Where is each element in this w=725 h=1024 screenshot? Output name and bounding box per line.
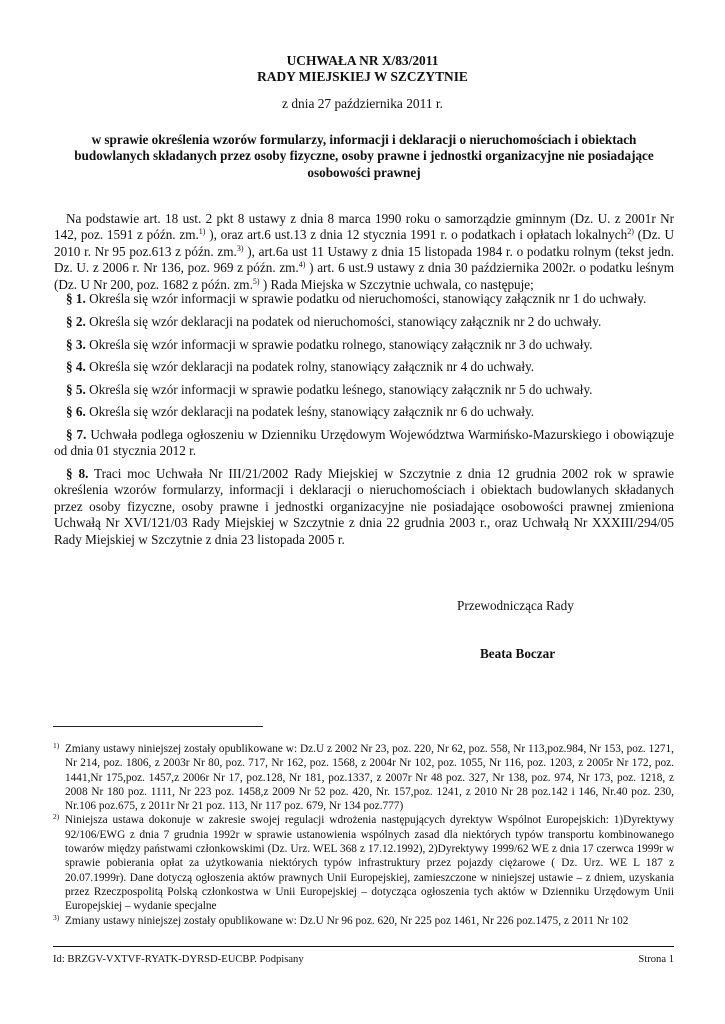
paragraph-text: Uchwała podlega ogłoszeniu w Dzienniku U… xyxy=(54,427,674,458)
paragraph-text: Traci moc Uchwała Nr III/21/2002 Rady Mi… xyxy=(54,466,674,547)
resolution-title: UCHWAŁA NR X/83/2011 RADY MIEJSKIEJ W SZ… xyxy=(0,53,725,85)
paragraph-6: § 6. Określa się wzór deklaracji na poda… xyxy=(54,404,674,420)
footnotes: 1)Zmiany ustawy niniejszej zostały opubl… xyxy=(53,742,674,928)
paragraph-number: § 6. xyxy=(66,404,86,419)
paragraph-5: § 5. Określa się wzór informacji w spraw… xyxy=(54,382,674,398)
paragraph-number: § 4. xyxy=(66,359,86,374)
footnote-text: Niniejsza ustawa dokonuje w zakresie swo… xyxy=(65,814,674,912)
paragraph-text: Określa się wzór deklaracji na podatek r… xyxy=(86,359,534,374)
resolution-subject: w sprawie określenia wzorów formularzy, … xyxy=(54,132,674,181)
paragraph-text: Określa się wzór informacji w sprawie po… xyxy=(86,382,593,397)
footnote-ref[interactable]: 5) xyxy=(253,277,260,286)
paragraph-number: § 2. xyxy=(66,314,86,329)
resolution-number: UCHWAŁA NR X/83/2011 xyxy=(0,53,725,69)
resolution-date: z dnia 27 października 2011 r. xyxy=(0,96,725,112)
page-number: Strona 1 xyxy=(638,953,674,966)
footnote-mark: 1) xyxy=(53,741,59,751)
footnote-ref[interactable]: 3) xyxy=(237,244,244,253)
paragraph-8: § 8. Traci moc Uchwała Nr III/21/2002 Ra… xyxy=(54,466,674,548)
council-name: RADY MIEJSKIEJ W SZCZYTNIE xyxy=(0,69,725,85)
footnote-separator xyxy=(53,726,263,727)
footnote-3: 3)Zmiany ustawy niniejszej zostały opubl… xyxy=(53,914,674,928)
preamble-text: ), oraz art.6 ust.13 z dnia 12 stycznia … xyxy=(205,227,627,242)
footnote-ref[interactable]: 2) xyxy=(627,227,634,236)
paragraph-1: § 1. Określa się wzór informacji w spraw… xyxy=(54,291,674,307)
footnote-text: Zmiany ustawy niniejszej zostały opublik… xyxy=(65,743,674,812)
paragraph-text: Określa się wzór deklaracji na podatek o… xyxy=(86,314,601,329)
signatory-name: Beata Boczar xyxy=(480,646,555,662)
paragraph-7: § 7. Uchwała podlega ogłoszeniu w Dzienn… xyxy=(54,427,674,460)
footer-rule xyxy=(53,946,674,947)
paragraph-number: § 3. xyxy=(66,337,86,352)
footnote-1: 1)Zmiany ustawy niniejszej zostały opubl… xyxy=(53,742,674,813)
preamble-text: ) Rada Miejska w Szczytnie uchwala, co n… xyxy=(260,277,534,292)
paragraph-text: Określa się wzór informacji w sprawie po… xyxy=(86,291,647,306)
paragraph-number: § 7. xyxy=(66,427,86,442)
footnote-mark: 3) xyxy=(53,913,59,923)
preamble: Na podstawie art. 18 ust. 2 pkt 8 ustawy… xyxy=(54,211,674,293)
paragraph-number: § 5. xyxy=(66,382,86,397)
footnote-mark: 2) xyxy=(53,812,59,822)
signatory-role: Przewodnicząca Rady xyxy=(457,598,574,614)
footnote-2: 2)Niniejsza ustawa dokonuje w zakresie s… xyxy=(53,813,674,913)
paragraph-text: Określa się wzór informacji w sprawie po… xyxy=(86,337,593,352)
page-footer: Id: BRZGV-VXTVF-RYATK-DYRSD-EUCBP. Podpi… xyxy=(53,953,674,966)
paragraph-number: § 8. xyxy=(66,466,88,481)
paragraph-4: § 4. Określa się wzór deklaracji na poda… xyxy=(54,359,674,375)
paragraph-text: Określa się wzór deklaracji na podatek l… xyxy=(86,404,534,419)
document-page: UCHWAŁA NR X/83/2011 RADY MIEJSKIEJ W SZ… xyxy=(0,0,725,1024)
paragraph-3: § 3. Określa się wzór informacji w spraw… xyxy=(54,337,674,353)
paragraph-2: § 2. Określa się wzór deklaracji na poda… xyxy=(54,314,674,330)
footnote-text: Zmiany ustawy niniejszej zostały opublik… xyxy=(65,915,628,927)
document-id: Id: BRZGV-VXTVF-RYATK-DYRSD-EUCBP. Podpi… xyxy=(53,953,304,966)
paragraph-number: § 1. xyxy=(66,291,86,306)
